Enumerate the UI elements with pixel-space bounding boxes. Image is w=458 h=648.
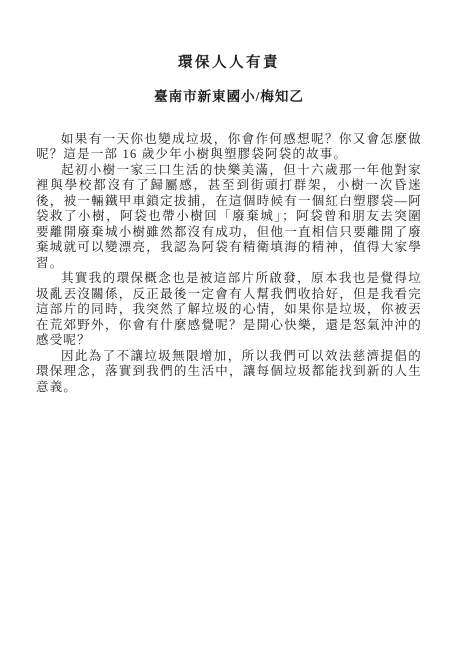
document-body: 如果有一天你也變成垃圾，你會作何感想呢？你又會怎麼做呢？這是一部 16 歲少年小… [36,132,422,396]
paragraph: 其實我的環保概念也是被這部片所啟發，原本我也是覺得垃圾亂丟沒關係，反正最後一定會… [36,271,422,349]
paragraph: 如果有一天你也變成垃圾，你會作何感想呢？你又會怎麼做呢？這是一部 16 歲少年小… [36,132,422,163]
document-page: 環保人人有責 臺南市新東國小/梅知乙 如果有一天你也變成垃圾，你會作何感想呢？你… [0,0,458,648]
document-byline: 臺南市新東國小/梅知乙 [36,90,422,105]
paragraph: 因此為了不讓垃圾無限增加，所以我們可以效法慈濟提倡的環保理念，落實到我們的生活中… [36,349,422,396]
document-title: 環保人人有責 [36,56,422,72]
paragraph: 起初小樹一家三口生活的快樂美滿，但十六歲那一年他對家裡與學校都沒有了歸屬感，甚至… [36,163,422,272]
